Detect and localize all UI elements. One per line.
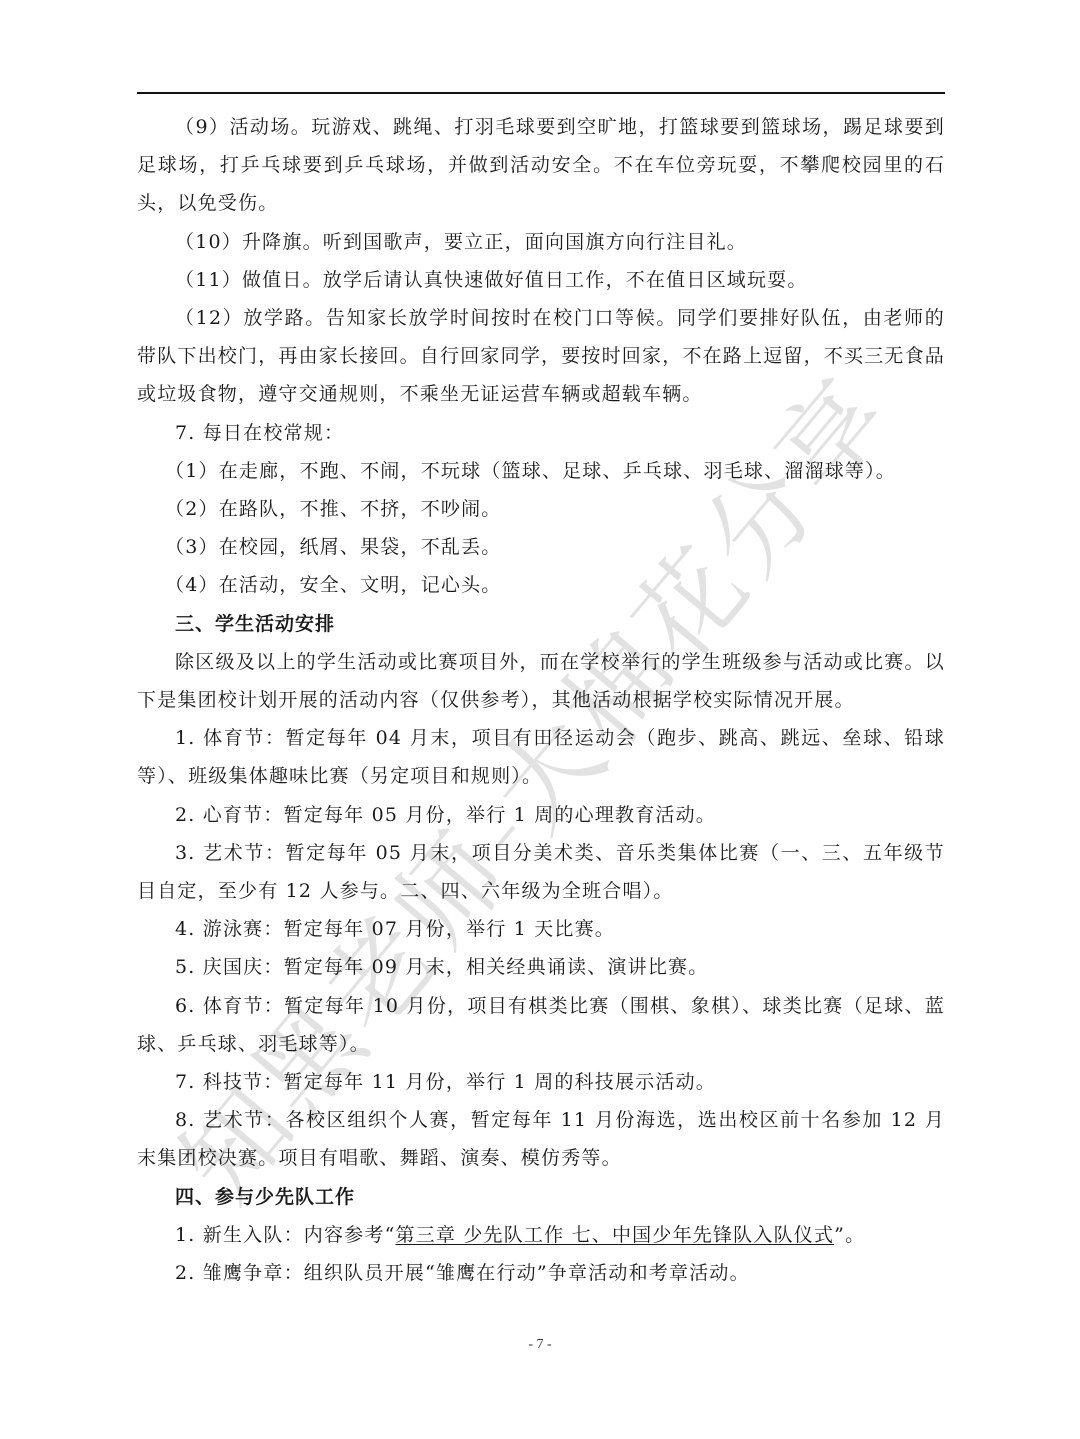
- page-number: - 7 -: [0, 1337, 1080, 1353]
- paragraph-activities-intro: 除区级及以上的学生活动或比赛项目外，而在学校举行的学生班级参与活动或比赛。以下是…: [137, 643, 945, 719]
- chapter-reference-link[interactable]: 第三章 少先队工作 七、中国少年先锋队入队仪式: [395, 1224, 834, 1246]
- rule-item-1: （1）在走廊，不跑、不闹，不玩球（篮球、足球、乒乓球、羽毛球、溜溜球等）。: [137, 452, 945, 490]
- rule-item-4: （4）在活动，安全、文明，记心头。: [137, 566, 945, 604]
- activity-national-day: 5. 庆国庆：暂定每年 09 月末，相关经典诵读、演讲比赛。: [137, 948, 945, 986]
- activity-swimming: 4. 游泳赛：暂定每年 07 月份，举行 1 天比赛。: [137, 910, 945, 948]
- paragraph-dismissal: （12）放学路。告知家长放学时间按时在校门口等候。同学们要排好队伍，由老师的带队…: [137, 299, 945, 414]
- rule-item-2: （2）在路队，不推、不挤，不吵闹。: [137, 490, 945, 528]
- activity-tech-festival: 7. 科技节：暂定每年 11 月份，举行 1 周的科技展示活动。: [137, 1063, 945, 1101]
- document-body: （9）活动场。玩游戏、跳绳、打羽毛球要到空旷地，打篮球要到篮球场，踢足球要到足球…: [137, 108, 945, 1292]
- section-heading-activities: 三、学生活动安排: [137, 605, 945, 643]
- paragraph-activity-area: （9）活动场。玩游戏、跳绳、打羽毛球要到空旷地，打篮球要到篮球场，踢足球要到足球…: [137, 108, 945, 223]
- paragraph-eagle-badge: 2. 雏鹰争章：组织队员开展“雏鹰在行动”争章活动和考章活动。: [137, 1254, 945, 1292]
- paragraph-daily-rules: 7. 每日在校常规：: [137, 414, 945, 452]
- activity-art-festival: 3. 艺术节：暂定每年 05 月末，项目分美术类、音乐类集体比赛（一、三、五年级…: [137, 834, 945, 910]
- link-prefix: 1. 新生入队：内容参考“: [175, 1224, 395, 1246]
- activity-sports-autumn: 6. 体育节：暂定每年 10 月份，项目有棋类比赛（围棋、象棋）、球类比赛（足球…: [137, 987, 945, 1063]
- rule-item-3: （3）在校园，纸屑、果袋，不乱丢。: [137, 528, 945, 566]
- paragraph-new-members: 1. 新生入队：内容参考“第三章 少先队工作 七、中国少年先锋队入队仪式”。: [137, 1216, 945, 1254]
- section-heading-young-pioneers: 四、参与少先队工作: [137, 1178, 945, 1216]
- activity-mental-health: 2. 心育节：暂定每年 05 月份，举行 1 周的心理教育活动。: [137, 796, 945, 834]
- link-suffix: ”。: [834, 1224, 865, 1246]
- paragraph-flag-ceremony: （10）升降旗。听到国歌声，要立正，面向国旗方向行注目礼。: [137, 223, 945, 261]
- activity-sports-festival: 1. 体育节：暂定每年 04 月末，项目有田径运动会（跑步、跳高、跳远、垒球、铅…: [137, 719, 945, 795]
- paragraph-duty: （11）做值日。放学后请认真快速做好值日工作，不在值日区域玩耍。: [137, 261, 945, 299]
- header-rule: [137, 92, 945, 94]
- activity-art-individual: 8. 艺术节：各校区组织个人赛，暂定每年 11 月份海选，选出校区前十名参加 1…: [137, 1101, 945, 1177]
